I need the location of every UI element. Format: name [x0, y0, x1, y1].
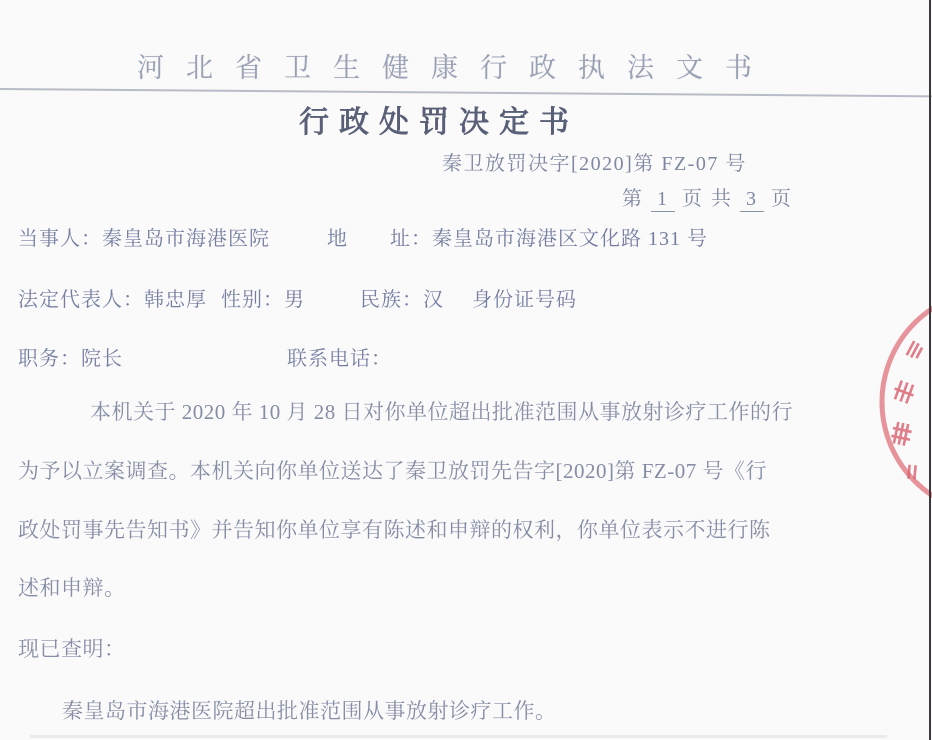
gender-label: 性别：	[221, 283, 284, 312]
phone-field: 联系电话：	[287, 342, 392, 371]
position-field: 职务：院长	[18, 342, 123, 371]
party-value: 秦皇岛市海港医院	[102, 228, 270, 250]
address-value: 秦皇岛市海港区文化路 131 号	[432, 228, 708, 250]
gender-value: 男	[284, 283, 305, 312]
body-paragraph-line: 为予以立案调查。本机关向你单位送达了秦卫放罚先告字[2020]第 FZ-07 号…	[18, 455, 767, 485]
party-field: 当事人：秦皇岛市海港医院	[18, 222, 270, 251]
page-indicator-suffix: 页	[771, 188, 793, 210]
official-seal-stamp-partial	[874, 302, 932, 507]
legal-rep-label: 法定代表人：	[18, 283, 144, 312]
legal-rep-row: 法定代表人： 韩忠厚 性别： 男 民族： 汉 身份证号码	[18, 283, 577, 312]
party-label: 当事人：	[18, 228, 102, 250]
position-value: 院长	[81, 348, 123, 370]
ethnicity-label: 民族：	[360, 283, 423, 312]
header-divider	[0, 88, 932, 97]
id-number-label: 身份证号码	[472, 283, 577, 312]
address-field: 地 址：秦皇岛市海港区文化路 131 号	[327, 222, 708, 251]
scanned-document-page: 河北省卫生健康行政执法文书 行政处罚决定书 秦卫放罚决字[2020]第 FZ-0…	[0, 0, 932, 740]
page-indicator-middle: 页 共	[682, 188, 733, 210]
page-indicator: 第 1 页 共 3 页	[622, 182, 793, 212]
body-paragraph-line: 述和申辩。	[18, 572, 126, 602]
ethnicity-value: 汉	[423, 283, 444, 312]
document-number: 秦卫放罚决字[2020]第 FZ-07 号	[442, 147, 747, 176]
page-indicator-prefix: 第	[622, 188, 644, 210]
document-title: 行政处罚决定书	[299, 97, 579, 141]
findings-heading: 现已查明：	[18, 633, 126, 663]
address-label: 地 址：	[327, 228, 432, 250]
phone-label: 联系电话：	[287, 348, 392, 370]
position-label: 职务：	[18, 348, 81, 370]
body-paragraph-line: 本机关于 2020 年 10 月 28 日对你单位超出批准范围从事放射诊疗工作的…	[90, 396, 793, 426]
findings-line: 秦皇岛市海港医院超出批准范围从事放射诊疗工作。	[62, 695, 557, 725]
scan-edge-border	[929, 0, 932, 740]
legal-rep-value: 韩忠厚	[144, 283, 207, 312]
current-page-number: 1	[651, 188, 675, 212]
total-page-number: 3	[740, 188, 764, 212]
scan-bottom-smudge	[30, 735, 887, 738]
body-paragraph-line: 政处罚事先告知书》并告知你单位享有陈述和申辩的权利，你单位表示不进行陈	[18, 514, 771, 544]
form-header-title: 河北省卫生健康行政执法文书	[137, 46, 774, 85]
